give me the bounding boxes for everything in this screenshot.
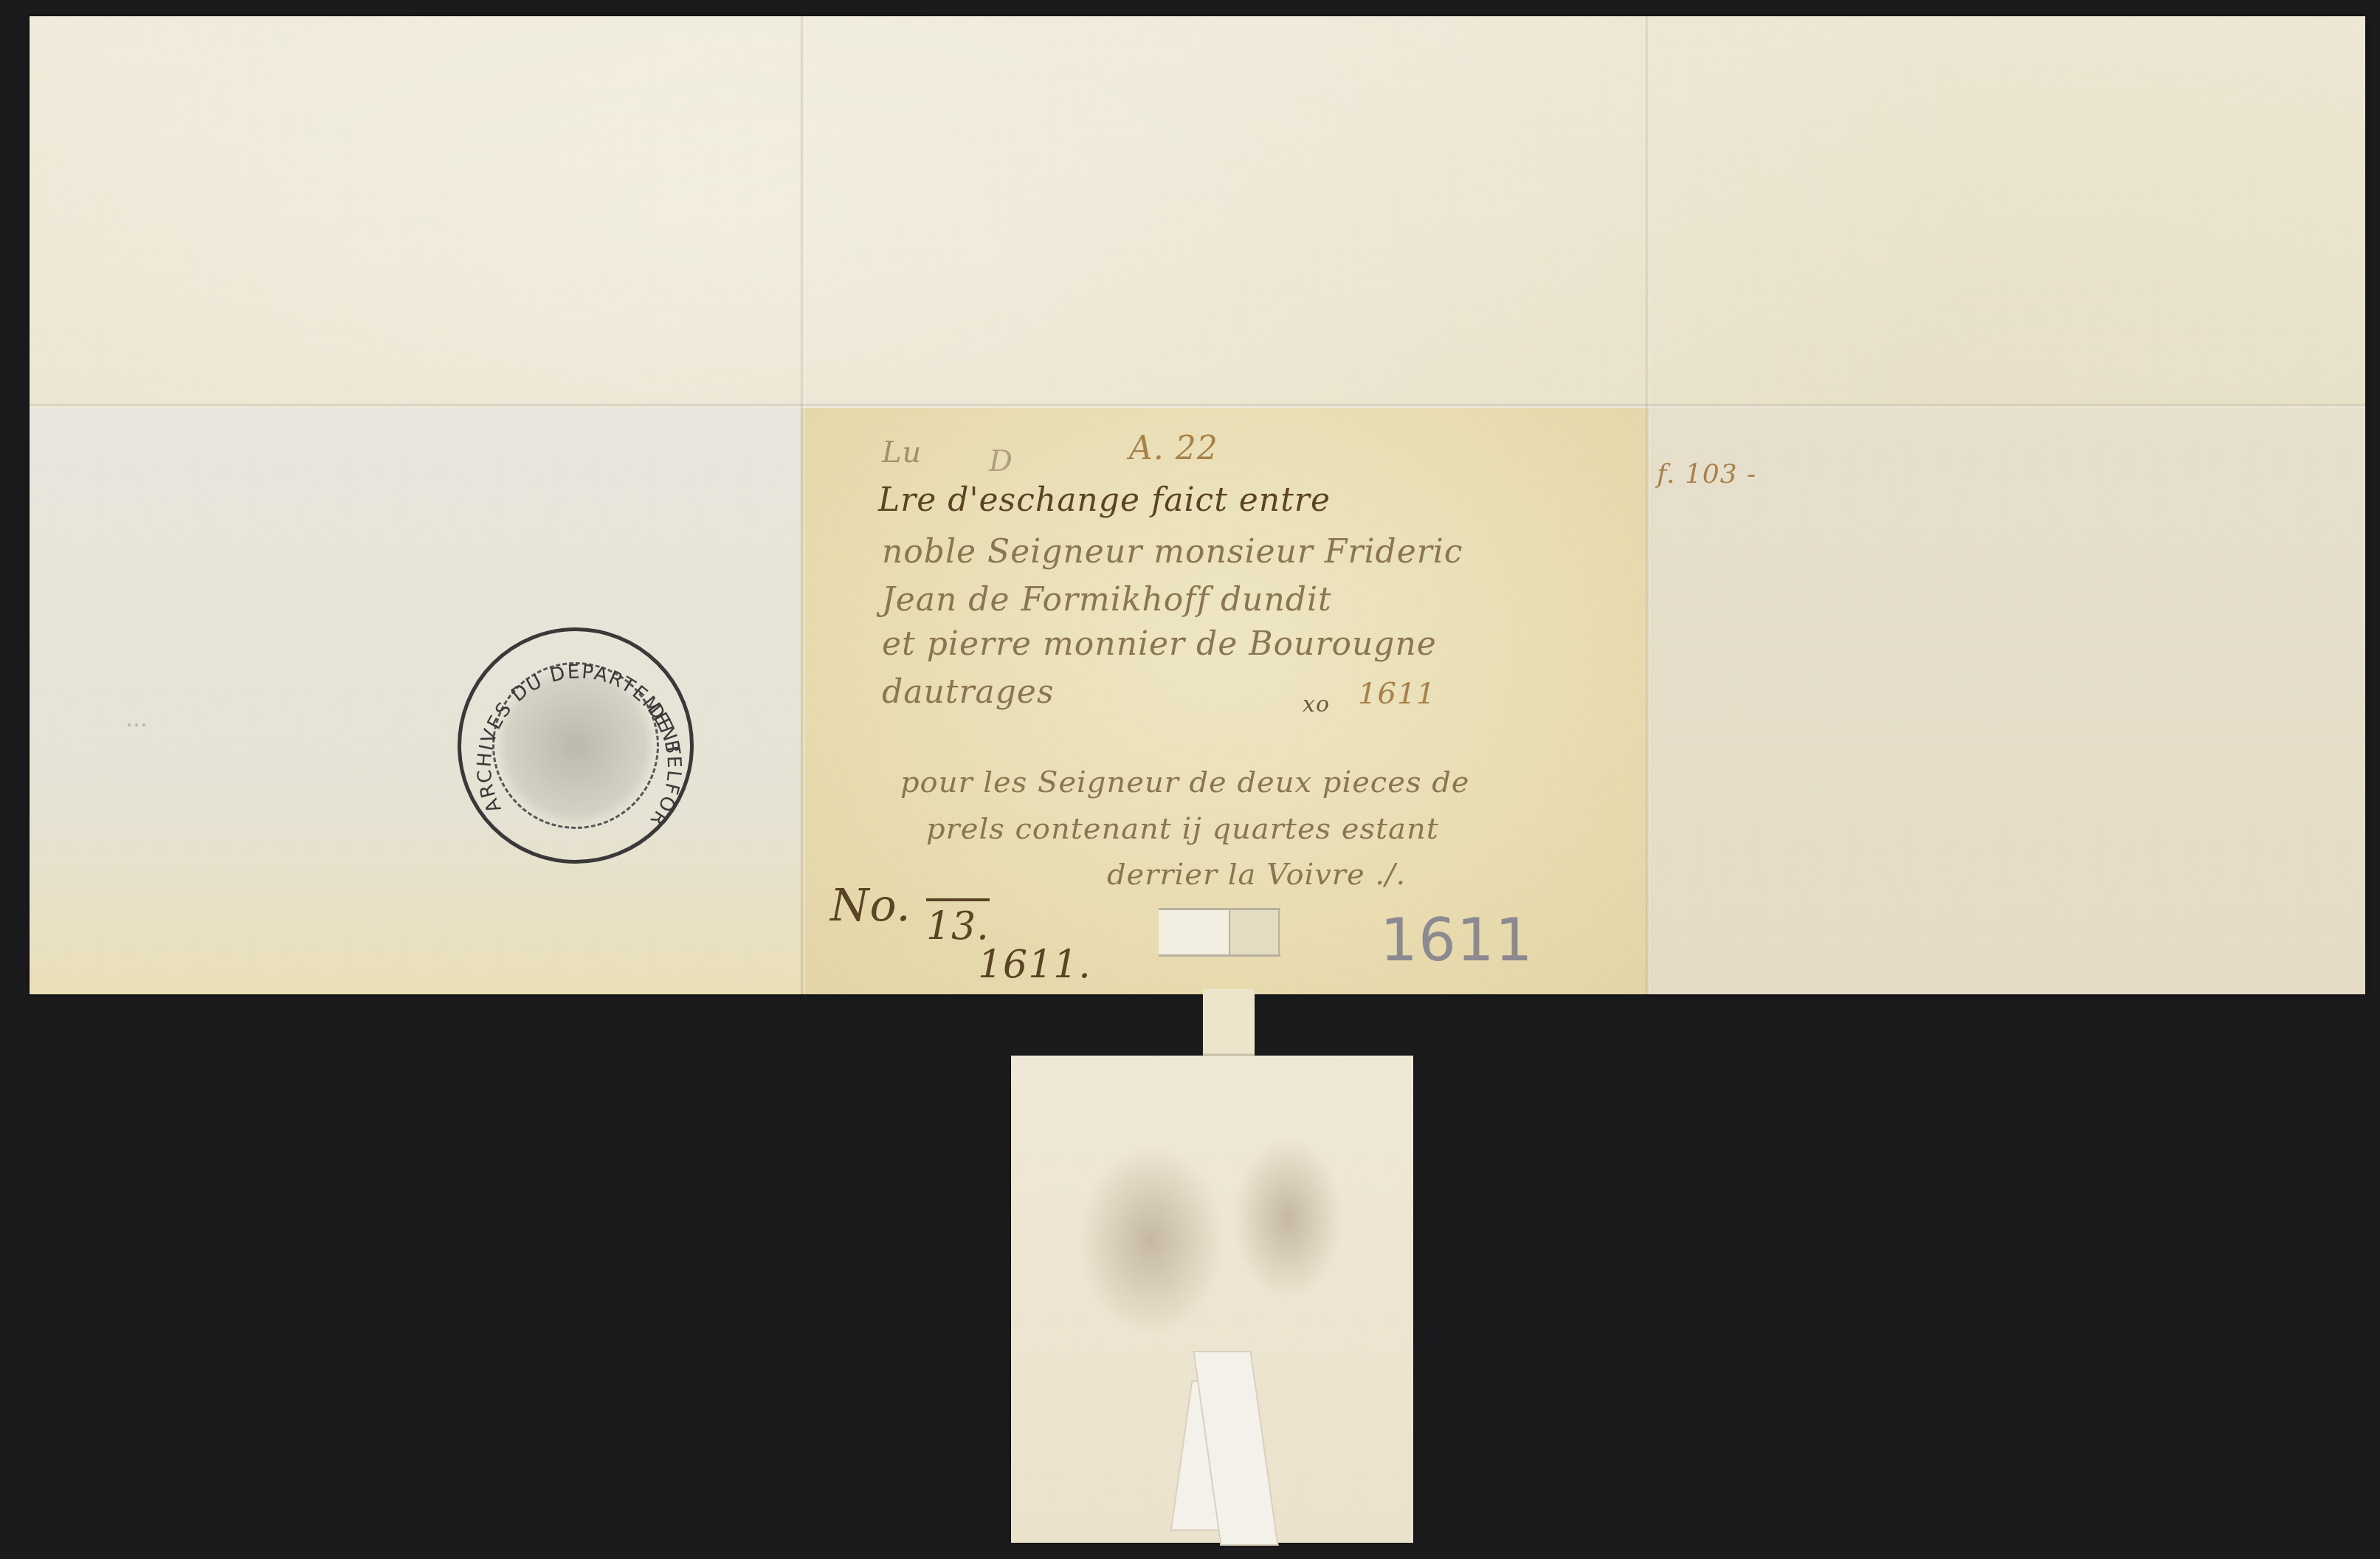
number-label: No. [830, 880, 911, 932]
year-ink: 1611. [978, 943, 1091, 987]
slot-right [1229, 910, 1280, 954]
vertical-fold-right [1646, 16, 1650, 994]
top-mark-d: D [989, 444, 1013, 478]
seal-residue-right [1232, 1137, 1343, 1299]
lower-right-panel [1649, 408, 2365, 994]
summary-line-2: prels contenant ij quartes estant [926, 812, 1439, 846]
vertical-fold-left [801, 16, 805, 994]
top-mark-lu: Lu [882, 436, 922, 469]
endorsement-line-5: dautrages [882, 673, 1054, 711]
folio-mark: f. 103 - [1657, 459, 1756, 489]
stamp-text-ring: ARCHIVES DU DEPARTEMENT DE BELFORT [461, 631, 697, 867]
date-mark: xo [1303, 692, 1330, 717]
svg-text:ARCHIVES DU DEPARTEMENT: ARCHIVES DU DEPARTEMENT [474, 661, 685, 816]
endorsement-line-1: Lre d'eschange faict entre [878, 481, 1331, 519]
faded-marks: … [125, 706, 148, 732]
seal-residue-left [1077, 1144, 1225, 1336]
number-value: 13. [926, 898, 990, 949]
endorsement-line-3: Jean de Formikhoff dundit [882, 581, 1332, 619]
parchment-sheet: Lu D A. 22 Lre d'eschange faict entre no… [30, 16, 2365, 994]
reference-mark: A. 22 [1129, 430, 1218, 467]
tag-slot [1159, 908, 1280, 957]
summary-line-1: pour les Seigneur de deux pieces de [900, 765, 1469, 799]
summary-line-3: derrier la Voivre ./. [1107, 858, 1406, 892]
seal-tag-strip [1203, 989, 1255, 1059]
endorsement-line-2: noble Seigneur monsieur Frideric [882, 533, 1463, 571]
horizontal-fold [30, 404, 2365, 408]
year-pencil: 1611 [1380, 906, 1534, 974]
stamp-text-top: ARCHIVES DU DEPARTEMENT [474, 661, 685, 816]
slot-left [1159, 910, 1229, 954]
endorsement-year: 1611 [1358, 677, 1436, 711]
archive-stamp: ARCHIVES DU DEPARTEMENT DE BELFORT [458, 627, 694, 864]
endorsement-line-4: et pierre monnier de Bourougne [882, 625, 1437, 663]
seal-tag [1011, 1056, 1413, 1543]
